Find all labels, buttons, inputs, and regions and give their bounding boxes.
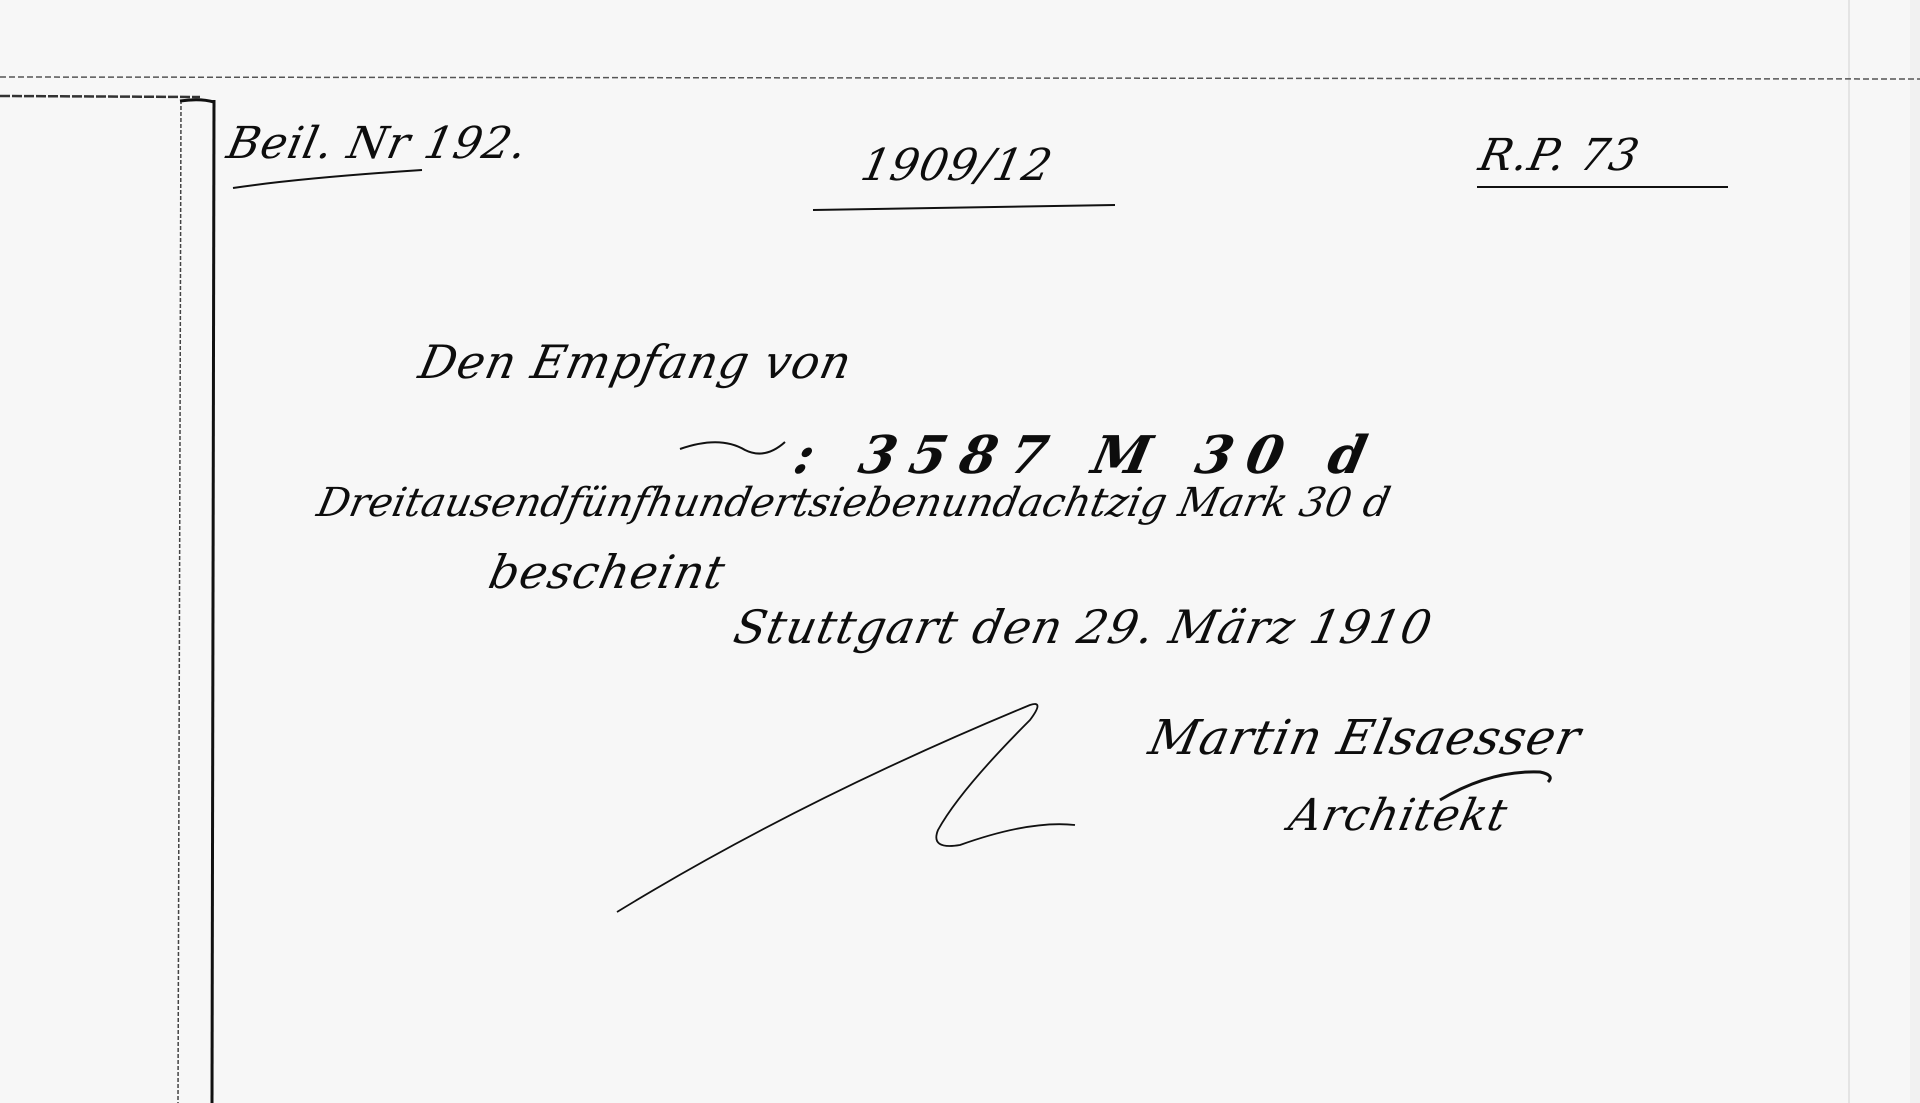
left-ref-underline	[233, 170, 422, 188]
signature-name: Martin Elsaesser	[1144, 710, 1586, 766]
amount-words: Dreitausendfünfhundertsiebenundachtzig M…	[313, 480, 1394, 526]
receipt-confirm: bescheint	[484, 545, 730, 599]
receipt-intro: Den Empfang von	[414, 335, 857, 389]
center-ref-underline	[813, 205, 1115, 210]
right-reference: R.P. 73	[1475, 130, 1645, 181]
left-margin-dotted-line	[178, 100, 181, 1103]
top-fold-line	[0, 77, 1920, 79]
border-corner	[180, 100, 214, 102]
border-top-line	[0, 96, 200, 97]
center-reference: 1909/12	[857, 140, 1058, 191]
place-date: Stuttgart den 29. März 1910	[729, 600, 1437, 654]
left-reference: Beil. Nr 192.	[223, 118, 533, 169]
amount-lead-flourish	[680, 442, 785, 454]
amount-figures: : 3587 M 30 d	[789, 425, 1387, 486]
signature-title: Architekt	[1285, 790, 1513, 841]
left-margin-solid-line	[212, 100, 214, 1103]
paraph-flourish	[617, 704, 1075, 912]
